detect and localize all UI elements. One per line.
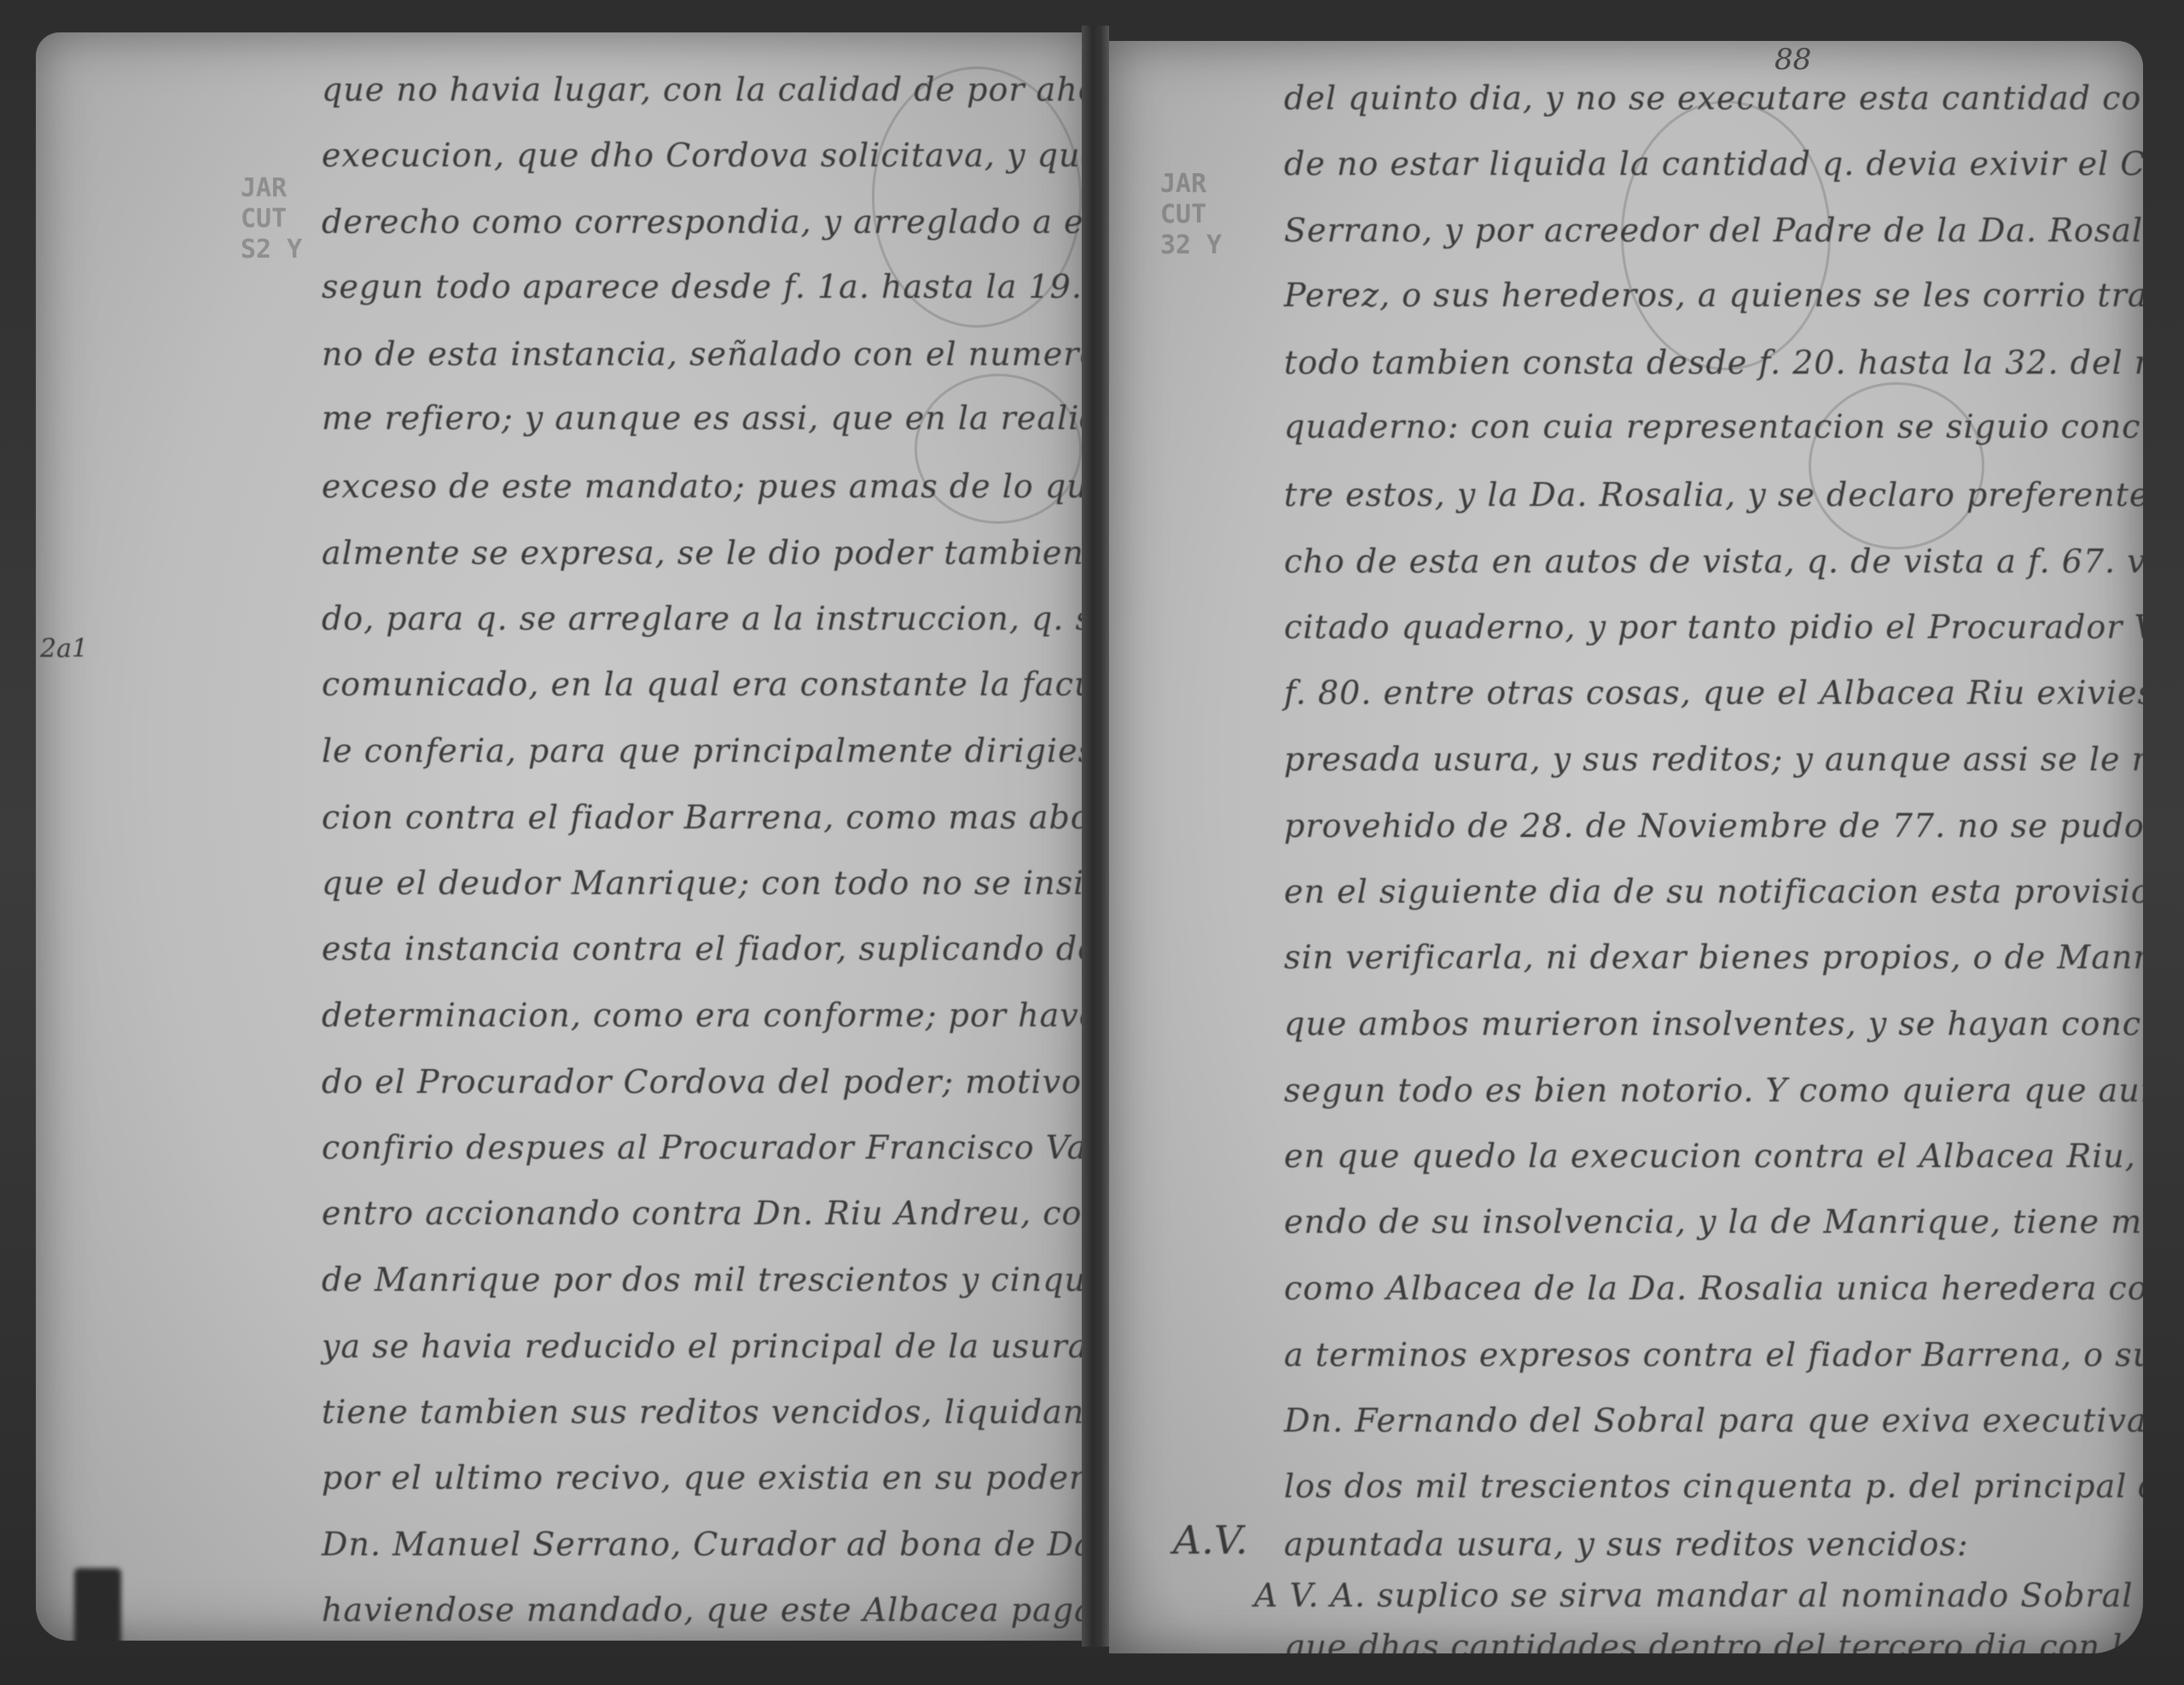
text-line: almente se expresa, se le dio poder tamb… — [322, 534, 1090, 572]
text-line: Perez, o sus herederos, a quienes se les… — [1284, 276, 2143, 314]
bleed-through-stamp: JAR CUT 32 Y — [1160, 169, 1222, 261]
book-spine — [1082, 26, 1109, 1647]
text-line: entro accionando contra Dn. Riu Andreu, … — [322, 1194, 1090, 1232]
text-line: que ambos murieron insolventes, y se hay… — [1284, 1005, 2143, 1043]
right-page: 88 JAR CUT 32 Y A.V. del quinto dia, y n… — [1109, 41, 2143, 1653]
text-line: a terminos expresos contra el fiador Bar… — [1284, 1336, 2143, 1374]
text-line: provehido de 28. de Noviembre de 77. no … — [1284, 807, 2143, 845]
text-line: comunicado, en la qual era constante la … — [322, 665, 1090, 703]
text-line: del quinto dia, y no se executare esta c… — [1284, 79, 2143, 117]
text-line: tre estos, y la Da. Rosalia, y se declar… — [1284, 476, 2143, 514]
text-line: f. 80. entre otras cosas, que el Albacea… — [1284, 674, 2143, 712]
text-line: como Albacea de la Da. Rosalia unica her… — [1284, 1270, 2143, 1307]
text-line: presada usura, y sus reditos; y aunque a… — [1284, 741, 2143, 778]
left-page: JAR CUT S2 Y 2a1 que no havia lugar, con… — [36, 32, 1090, 1641]
text-line: derecho como correspondia, y arreglado a… — [322, 203, 1090, 241]
text-line: segun todo aparece desde f. 1a. hasta la… — [322, 268, 1090, 305]
folio-number: 88 — [1774, 43, 1811, 77]
text-line: segun todo es bien notorio. Y como quier… — [1284, 1072, 2143, 1109]
text-line: Dn. Manuel Serrano, Curador ad bona de D… — [322, 1525, 1090, 1563]
text-line: no de esta instancia, señalado con el nu… — [322, 335, 1090, 373]
text-line: por el ultimo recivo, que existia en su … — [322, 1459, 1090, 1496]
text-line: los dos mil trescientos cinquenta p. del… — [1284, 1467, 2143, 1505]
margin-note-left: 2a1 — [40, 634, 88, 664]
text-line: de Manrique por dos mil trescientos y ci… — [322, 1261, 1090, 1299]
text-line: todo tambien consta desde f. 20. hasta l… — [1284, 344, 2143, 381]
text-line: execucion, que dho Cordova solicitava, y… — [322, 137, 1090, 174]
text-line: citado quaderno, y por tanto pidio el Pr… — [1284, 608, 2143, 646]
text-line: do el Procurador Cordova del poder; moti… — [322, 1063, 1090, 1101]
ink-blot — [74, 1568, 121, 1641]
margin-note-av: A.V. — [1173, 1517, 1248, 1563]
text-line: le conferia, para que principalmente dir… — [322, 732, 1090, 770]
text-line: determinacion, como era conforme; por ha… — [322, 996, 1090, 1034]
text-line: confirio despues al Procurador Francisco… — [322, 1129, 1090, 1166]
text-line: haviendose mandado, que este Albacea pag… — [322, 1591, 1090, 1629]
text-line: ya se havia reducido el principal de la … — [322, 1328, 1090, 1365]
text-line: cion contra el fiador Barrena, como mas … — [322, 799, 1090, 836]
text-line: apuntada usura, y sus reditos vencidos: — [1284, 1525, 1969, 1563]
bleed-through-stamp: JAR CUT S2 Y — [241, 173, 302, 265]
text-line: esta instancia contra el fiador, suplica… — [322, 930, 1090, 967]
text-line: endo de su insolvencia, y la de Manrique… — [1284, 1203, 2143, 1241]
text-line: sin verificarla, ni dexar bienes propios… — [1284, 938, 2143, 976]
text-line: A V. A. suplico se sirva mandar al nomin… — [1254, 1577, 2143, 1614]
text-line: en el siguiente dia de su notificacion e… — [1284, 873, 2143, 910]
text-line: Dn. Fernando del Sobral para que exiva e… — [1284, 1402, 2143, 1439]
text-line: me refiero; y aunque es assi, que en la … — [322, 399, 1090, 437]
text-line: quaderno: con cuia representacion se sig… — [1284, 408, 2143, 445]
text-line: en que quedo la execucion contra el Alba… — [1284, 1137, 2143, 1175]
text-line: de no estar liquida la cantidad q. devia… — [1284, 145, 2143, 183]
text-line: tiene tambien sus reditos vencidos, liqu… — [322, 1393, 1090, 1431]
text-line: cho de esta en autos de vista, q. de vis… — [1284, 543, 2143, 580]
text-line: que el deudor Manrique; con todo no se i… — [322, 864, 1090, 902]
text-line: exceso de este mandato; pues amas de lo … — [322, 468, 1090, 505]
text-line: Serrano, y por acreedor del Padre de la … — [1284, 212, 2143, 249]
text-line: do, para q. se arreglare a la instruccio… — [322, 600, 1090, 637]
text-line: que no havia lugar, con la calidad de po… — [322, 71, 1090, 108]
text-line: que dhas cantidades dentro del tercero d… — [1284, 1628, 2143, 1653]
